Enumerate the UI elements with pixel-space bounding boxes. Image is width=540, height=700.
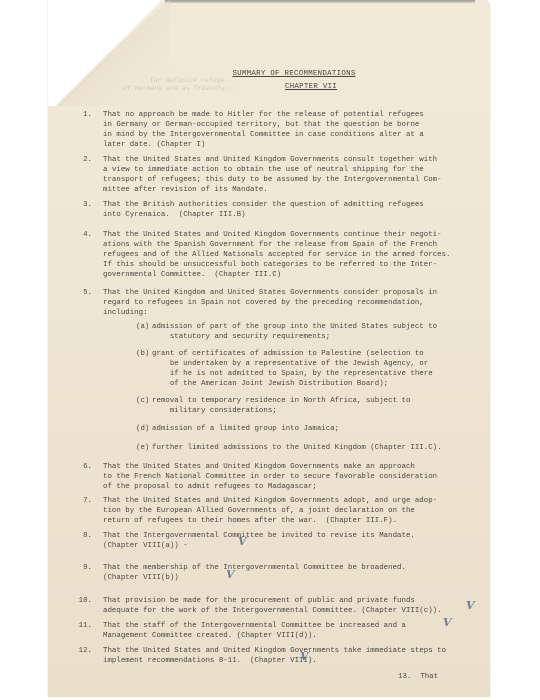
item-text: That the United States and United Kingdo… (103, 230, 473, 280)
handwritten-check-mark: V (300, 652, 309, 662)
item-text: That the United States and United Kingdo… (103, 462, 473, 492)
page-continuation: 13. That (398, 672, 438, 682)
item-text: That the United States and United Kingdo… (103, 646, 473, 666)
sub-item-label: (c) (136, 396, 149, 406)
handwritten-check-mark: V (466, 601, 475, 611)
item-number: 12. (68, 646, 92, 656)
item-number: 2. (68, 155, 92, 165)
sub-item-text: admission of part of the group into the … (152, 322, 437, 342)
sub-item-text: admission of a limited group into Jamaic… (152, 424, 339, 434)
sub-item-label: (e) (136, 443, 149, 453)
handwritten-check-mark: V (443, 618, 452, 628)
sub-item-label: (b) (136, 349, 149, 359)
item-number: 9. (68, 563, 92, 573)
item-number: 5. (68, 288, 92, 298)
item-text: That the Intergovernmental Committee be … (103, 531, 473, 551)
item-text: That the British authorities consider th… (103, 200, 473, 220)
sub-item-text: grant of certificates of admission to Pa… (152, 349, 433, 389)
sub-item-text: further limited admissions to the United… (152, 443, 442, 453)
item-text: That the membership of the Intergovernme… (103, 563, 473, 583)
item-text: That the United States and United Kingdo… (103, 155, 473, 195)
item-text: That provision be made for the procureme… (103, 596, 473, 616)
handwritten-check-mark: V (226, 570, 235, 580)
item-text: That the United Kingdom and United State… (103, 288, 473, 318)
chapter-heading: CHAPTER VII (90, 82, 532, 92)
sub-item-label: (a) (136, 322, 149, 332)
item-number: 11. (68, 621, 92, 631)
document-title: SUMMARY OF RECOMMENDATIONS (73, 69, 515, 79)
document-body: ...for definite refuge... of Germany and… (48, 0, 490, 700)
item-number: 3. (68, 200, 92, 210)
item-number: 6. (68, 462, 92, 472)
sub-item-label: (d) (136, 424, 149, 434)
item-text: That the staff of the Intergovernmental … (103, 621, 473, 641)
item-number: 1. (68, 110, 92, 120)
item-number: 4. (68, 230, 92, 240)
item-text: That the United States and United Kingdo… (103, 496, 473, 526)
handwritten-check-mark: V (238, 537, 247, 547)
sub-item-text: removal to temporary residence in North … (152, 396, 410, 416)
item-number: 10. (68, 596, 92, 606)
item-number: 8. (68, 531, 92, 541)
item-number: 7. (68, 496, 92, 506)
item-text: That no approach be made to Hitler for t… (103, 110, 473, 150)
